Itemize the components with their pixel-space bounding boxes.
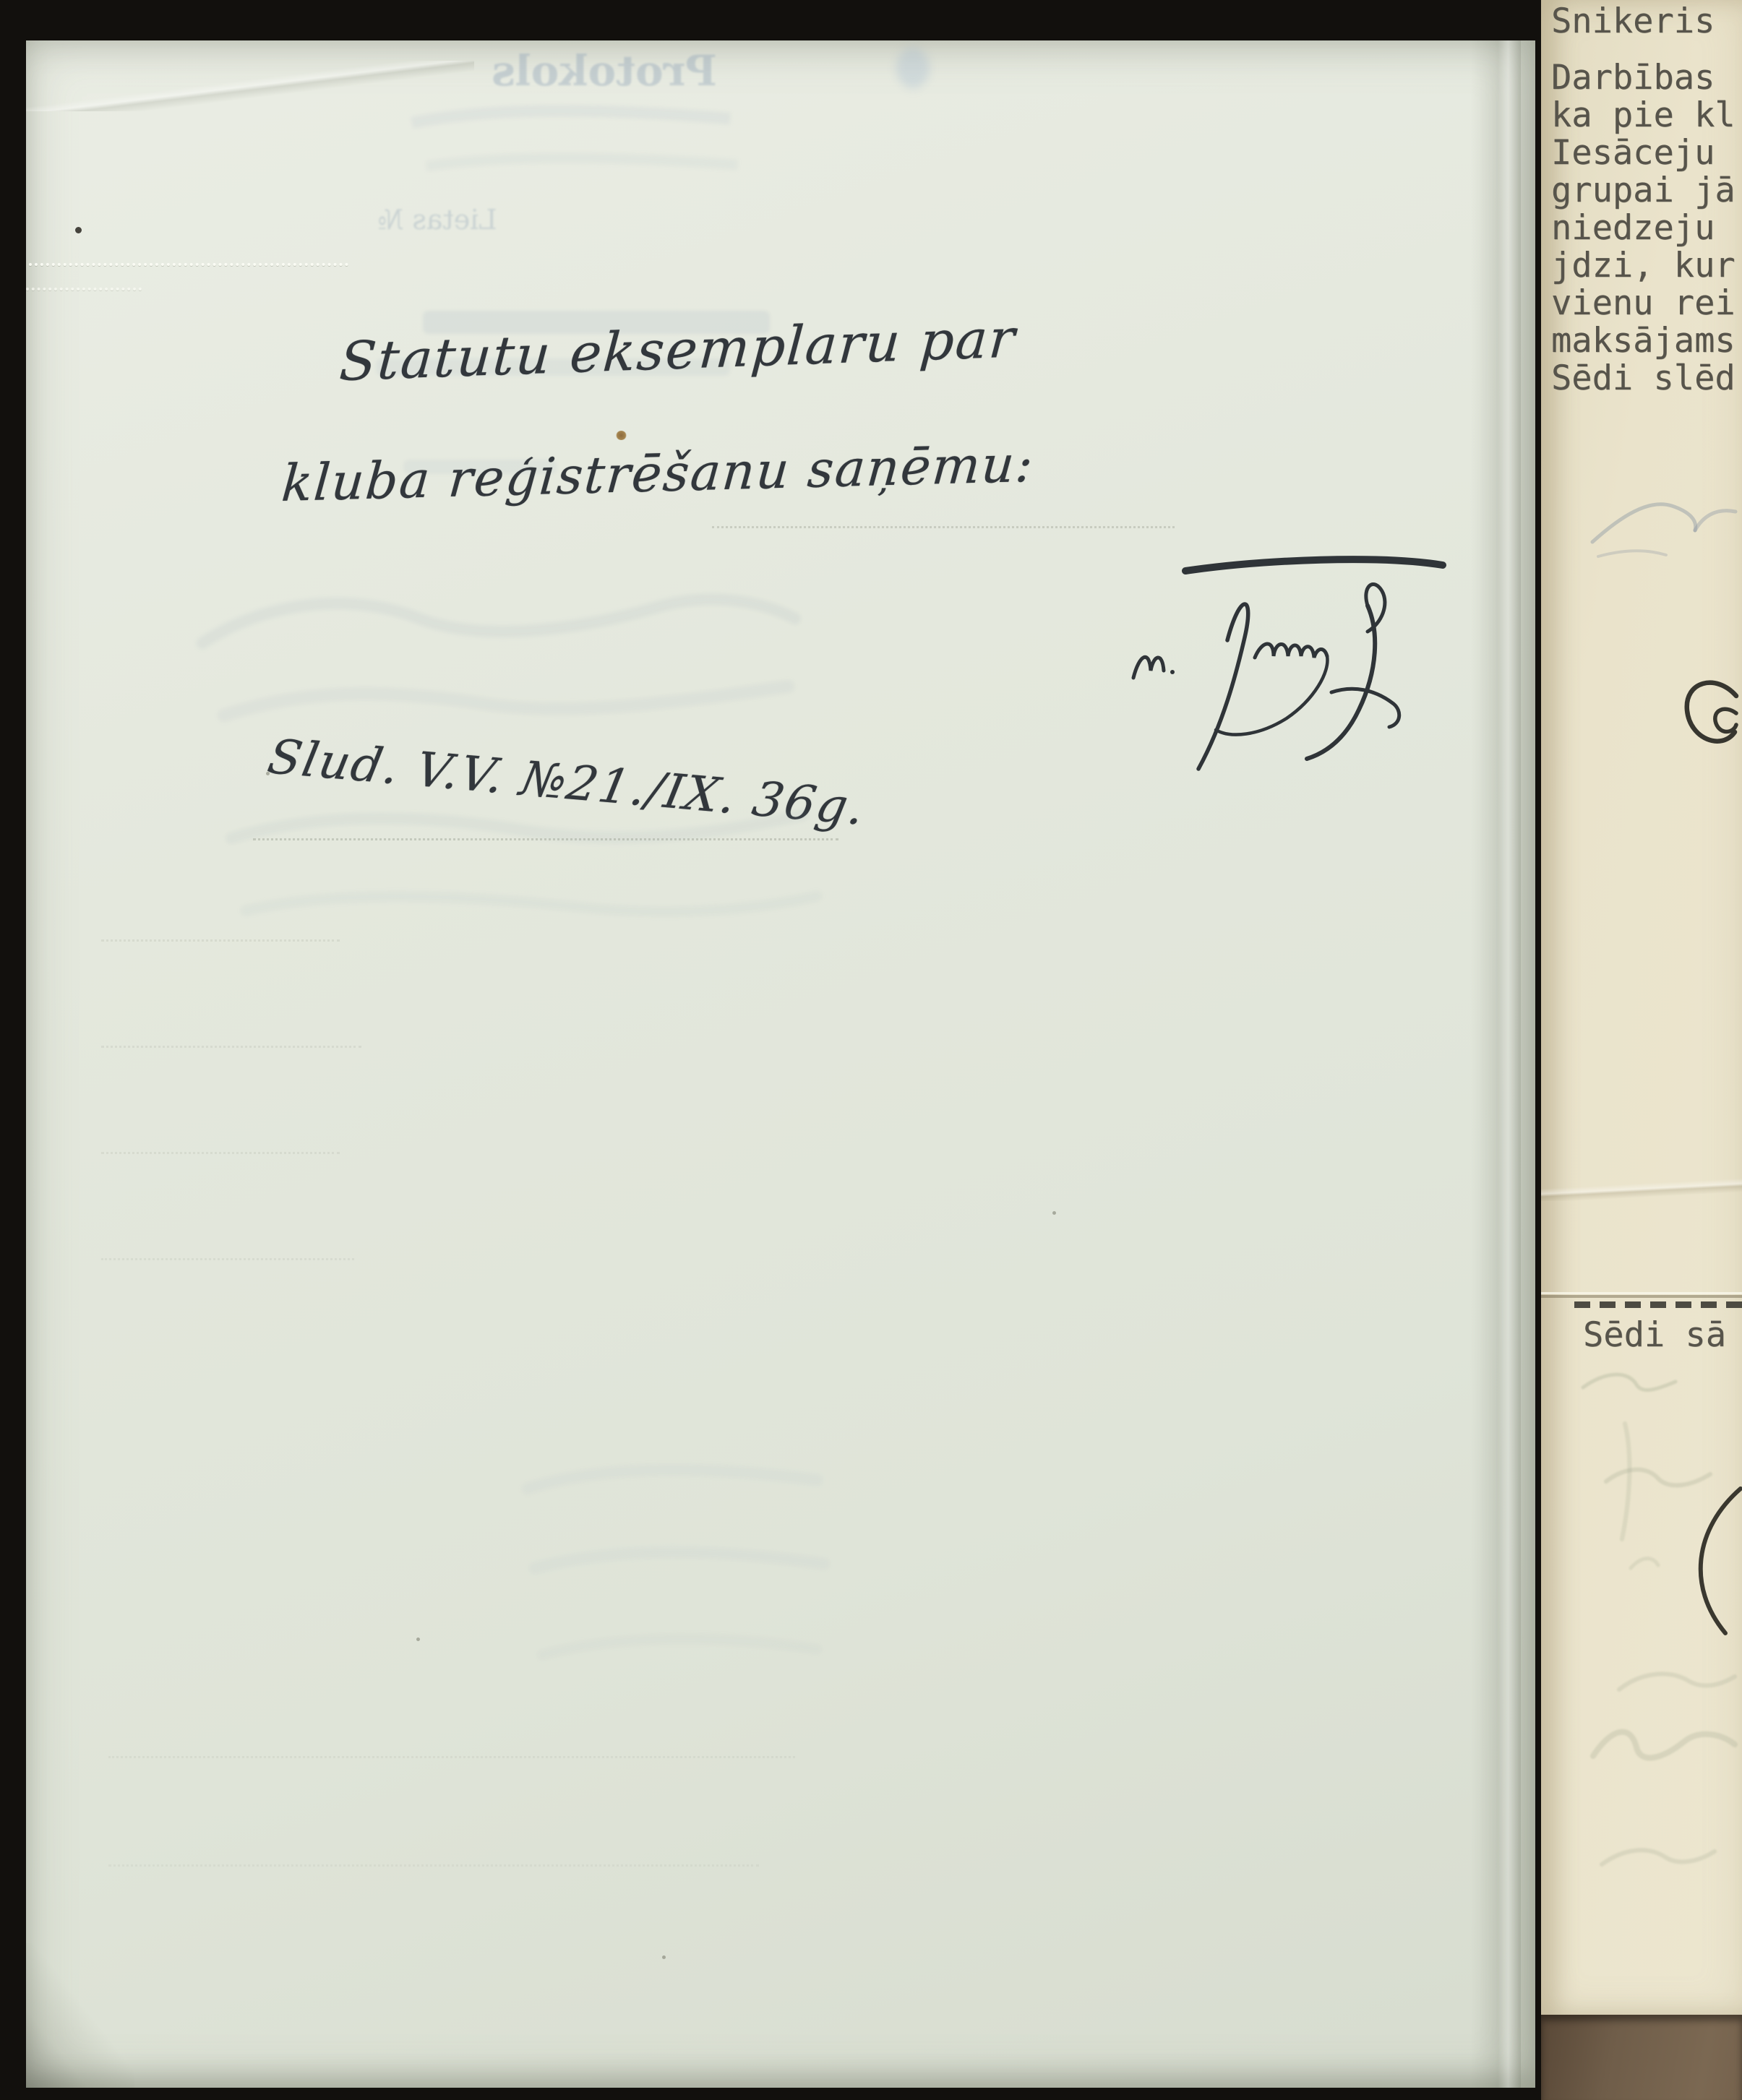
paper-crease	[1470, 40, 1521, 2088]
handwriting-line-2: kluba reģistrēšanu saņēmu:	[280, 434, 1037, 513]
handwriting-date-line: Slud. V.V. №21./IX. 36g.	[264, 728, 871, 835]
paper-crease	[1541, 1176, 1742, 1201]
faint-dotted-rule	[101, 939, 340, 942]
pencil-marks	[1587, 461, 1742, 562]
sheet-edge-shadow	[1541, 1295, 1742, 1298]
ink-dot	[75, 227, 82, 233]
sheet-edge	[1541, 1292, 1742, 1294]
faint-dotted-rule	[101, 1258, 354, 1260]
embossed-dotted-rule	[26, 288, 142, 291]
typed-line: Snikeris	[1551, 3, 1715, 40]
typed-dash-remnant	[1574, 1301, 1742, 1308]
dust-speck	[1052, 1211, 1056, 1215]
typed-line: Darbības	[1551, 59, 1715, 97]
embossed-dotted-rule	[29, 263, 348, 266]
right-page: Snikeris Darbības ka pie kl Iesāceju gru…	[1541, 0, 1742, 2016]
typed-line: maksājams	[1551, 322, 1735, 360]
typed-line: jdzi, kur	[1551, 247, 1735, 285]
typed-line: Sēdi slēd	[1551, 360, 1735, 397]
ghost-heading-text: Protokols	[470, 46, 739, 95]
typed-line: vienu rei	[1551, 285, 1735, 322]
left-page: Protokols Lietas № Statutu eksemplaru pa…	[26, 40, 1535, 2088]
blue-smudge	[896, 48, 930, 88]
ink-flourish-top	[1655, 676, 1742, 784]
faint-handwriting-marks	[1561, 1366, 1742, 1915]
typed-line-lower: Sēdi sā	[1583, 1317, 1726, 1354]
paper-crease	[26, 61, 474, 111]
scan-background: Protokols Lietas № Statutu eksemplaru pa…	[0, 0, 1742, 2100]
ghost-print-strokes	[398, 94, 759, 195]
dust-speck	[416, 1638, 420, 1641]
typed-line: niedzeju	[1551, 210, 1715, 247]
faint-dotted-rule	[108, 1864, 759, 1867]
dust-speck	[662, 1955, 666, 1959]
faint-dotted-rule	[101, 1046, 361, 1048]
typed-line: ka pie kl	[1551, 97, 1735, 134]
ghost-case-label: Lietas №	[329, 204, 546, 236]
typed-line: grupai jā	[1551, 172, 1735, 210]
corner-curl	[26, 1943, 134, 2088]
rust-spot	[616, 431, 627, 440]
faint-dotted-rule	[101, 1152, 340, 1154]
signature	[1113, 555, 1453, 786]
faint-dotted-rule	[108, 1756, 795, 1758]
dust-speck	[266, 772, 270, 775]
ghost-handwriting-strokes-bottom	[506, 1445, 838, 1705]
faint-dotted-rule	[253, 838, 838, 840]
faint-dotted-rule	[712, 526, 1175, 528]
typed-line: Iesāceju	[1551, 134, 1715, 172]
cardboard-page	[1541, 2015, 1742, 2100]
ink-arc-lower	[1681, 1485, 1742, 1637]
